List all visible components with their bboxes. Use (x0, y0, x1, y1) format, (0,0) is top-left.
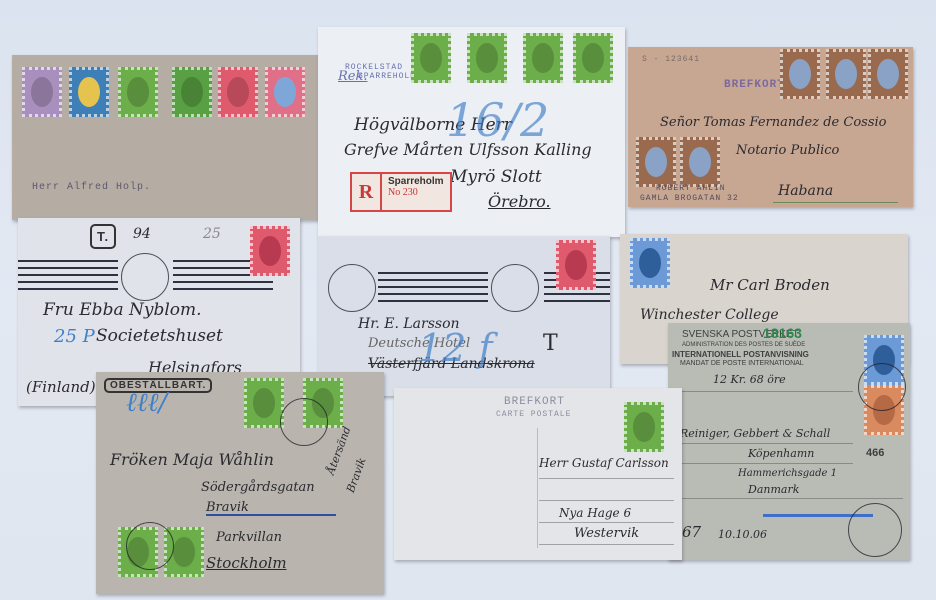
divider-line (537, 428, 538, 548)
stamp (250, 226, 290, 276)
stamp (523, 33, 563, 83)
stamp (624, 402, 664, 452)
card-top-right: S - 123641 BREFKORT Señor Tomas Fernande… (628, 47, 913, 207)
address-line-3: Habana (778, 183, 833, 199)
address-line-2: Södergårdsgatan (201, 480, 315, 495)
address-line-1: Fru Ebba Nyblom. (43, 300, 202, 320)
header-line-4: MANDAT DE POSTE INTERNATIONAL (680, 360, 804, 367)
address-line-3: Westervik (574, 526, 639, 541)
address-line-3: Bravik (206, 500, 249, 515)
payee-line-1: Reiniger, Gebbert & Schall (680, 427, 830, 440)
stamp (218, 67, 258, 117)
card-header-1: BREFKORT (504, 396, 565, 408)
address-line-4: Parkvillan (216, 530, 282, 545)
postmark (126, 522, 174, 570)
stamp (69, 67, 109, 117)
stamp (780, 49, 820, 99)
postmark (280, 398, 328, 446)
cover-bottom-left: OBESTÄLLBART. Fröken Maja Wåhlin Södergå… (96, 372, 384, 594)
sender-line-2: GAMLA BROGATAN 32 (640, 194, 739, 203)
pencil-number: 94 (133, 226, 151, 242)
machine-cancel-bars (18, 260, 118, 295)
stamp (556, 240, 596, 290)
address-line-1: Fröken Maja Wåhlin (110, 450, 274, 469)
address-line (539, 478, 674, 479)
blue-scribble: ℓℓℓ/ (126, 388, 167, 418)
stamp (172, 67, 212, 117)
registration-office: Sparreholm (388, 176, 444, 187)
address-line (539, 544, 674, 545)
stamp (680, 137, 720, 187)
registration-number: No 230 (388, 187, 444, 198)
card-header: BREFKORT (724, 79, 785, 91)
address-line (539, 522, 674, 523)
payee-line-4: Danmark (748, 483, 799, 496)
pencil-amount: 25 (203, 226, 221, 242)
address-line (539, 500, 674, 501)
stamp (868, 49, 908, 99)
amount: 12 Kr. 68 öre (713, 373, 786, 386)
stamp (826, 49, 866, 99)
postmark (491, 264, 539, 312)
tax-mark: T. (90, 224, 116, 249)
postmark (848, 503, 902, 557)
stamp (467, 33, 507, 83)
form-line (678, 498, 903, 499)
address-line-1: Mr Carl Broden (710, 276, 830, 294)
card-bottom-center: BREFKORT CARTE POSTALE Herr Gustaf Carls… (394, 388, 682, 560)
blue-mark: 12 f (418, 326, 493, 370)
form-line (678, 463, 853, 464)
office-number: 67 (682, 523, 701, 541)
stamp (22, 67, 62, 117)
stamp (636, 137, 676, 187)
side-note-2: Bravik (344, 456, 369, 495)
rek-annotation: Rek. (338, 69, 368, 84)
machine-cancel-bars (378, 272, 488, 307)
cover-top-left: Herr Alfred Holp. (12, 55, 330, 220)
blue-mark: 25 P (54, 326, 95, 347)
address-line-2: Societetshuset (96, 326, 223, 346)
code: 466 (866, 447, 884, 459)
address-line-3: Myrö Slott (450, 167, 542, 187)
payee-line-3: Hammerichsgade 1 (738, 468, 837, 479)
header-line-3: INTERNATIONELL POSTANVISNING (672, 350, 809, 359)
address-underline (773, 202, 898, 203)
address-line-1: Señor Tomas Fernandez de Cossio (660, 115, 886, 130)
registration-letter: R (352, 174, 382, 210)
form-line (678, 443, 853, 444)
postmark (858, 363, 906, 411)
address-line-4: Örebro. (488, 192, 551, 211)
side-note-1: Återsänd (324, 425, 353, 477)
payee-line-2: Köpenhamn (748, 447, 814, 460)
stamp (118, 67, 158, 117)
tax-mark: T (543, 331, 558, 356)
pencil-note: S - 123641 (642, 55, 700, 64)
order-number: 18163 (763, 325, 802, 341)
stamp (630, 238, 670, 288)
cover-top-center: ROCKELSTAD SPARREHOLM Rek. Högvälborne H… (318, 27, 625, 237)
stamp (411, 33, 451, 83)
header-line-2: ADMINISTRATION DES POSTES DE SUÈDE (682, 342, 805, 348)
blue-mark: 16/2 (446, 93, 549, 147)
date-written: 10.10.06 (718, 528, 767, 541)
typed-address: Herr Alfred Holp. (32, 182, 151, 193)
registration-label: R Sparreholm No 230 (350, 172, 452, 212)
address-line-1: Herr Gustaf Carlsson (539, 456, 669, 470)
blue-strike (206, 514, 336, 516)
address-line-5: Stockholm (206, 554, 287, 572)
sender-line-1: ROBERT AHLIN (656, 184, 726, 193)
stamp (244, 378, 284, 428)
postmark (328, 264, 376, 312)
address-line-2: Winchester College (640, 307, 779, 323)
card-header-2: CARTE POSTALE (496, 410, 571, 419)
money-order: SVENSKA POSTVERKET ADMINISTRATION DES PO… (668, 323, 910, 560)
stamp (265, 67, 305, 117)
address-line-2: Nya Hage 6 (559, 506, 631, 520)
address-line-4: (Finland) (26, 378, 96, 396)
form-line (678, 391, 853, 392)
address-line-2: Notario Publico (736, 143, 839, 158)
stamp (573, 33, 613, 83)
postmark (121, 253, 169, 301)
